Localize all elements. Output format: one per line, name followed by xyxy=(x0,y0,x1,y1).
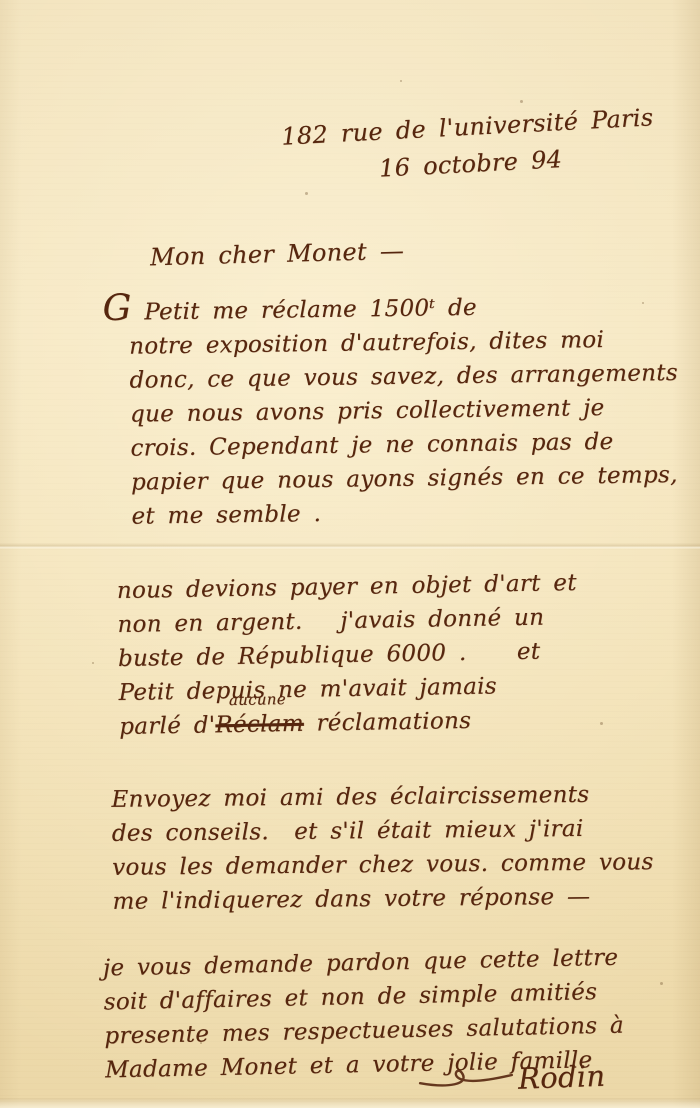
letter-heading: 182 rue de l'université Paris 16 octobre… xyxy=(281,102,656,187)
signature-flourish-icon xyxy=(417,1063,514,1092)
paragraph-1: G Petit me réclame 1500ᵗ de notre exposi… xyxy=(102,284,680,534)
paper-speckle xyxy=(400,80,402,82)
paragraph-2: nous devions payer en objet d'art et non… xyxy=(117,566,580,744)
paper-speckle xyxy=(660,982,663,985)
paragraph-3: Envoyez moi ami des éclaircissements des… xyxy=(111,777,654,919)
salutation: Mon cher Monet — xyxy=(150,237,405,272)
correction-after: réclamations xyxy=(304,708,472,737)
paper-speckle xyxy=(305,192,308,195)
correction-inserted-word: aucune xyxy=(229,692,286,708)
paper-bottom-edge xyxy=(0,1098,700,1108)
paper-speckle xyxy=(600,722,603,725)
letter-line: vous les demander chez vous. comme vous xyxy=(112,845,654,885)
signature-name: Rodin xyxy=(517,1059,605,1096)
paper-speckle xyxy=(92,662,94,664)
date-line: 16 octobre 94 xyxy=(378,140,656,182)
correction-struck-word: aucuneRéclam xyxy=(215,707,304,743)
paper-speckle xyxy=(520,100,523,103)
letter-line: et me semble . xyxy=(131,492,680,534)
letter-line: me l'indiquerez dans votre réponse — xyxy=(112,879,654,919)
paper-fold-crease xyxy=(0,543,700,549)
letter-scan: 182 rue de l'université Paris 16 octobre… xyxy=(0,0,700,1108)
letter-line: Envoyez moi ami des éclaircissements xyxy=(111,777,653,817)
letter-line: des conseils. et s'il était mieux j'irai xyxy=(112,811,654,851)
correction-before: parlé d' xyxy=(119,712,216,740)
letter-line-with-correction: parlé d'aucuneRéclam réclamations xyxy=(119,702,579,744)
signature-block: Rodin xyxy=(417,1059,605,1100)
